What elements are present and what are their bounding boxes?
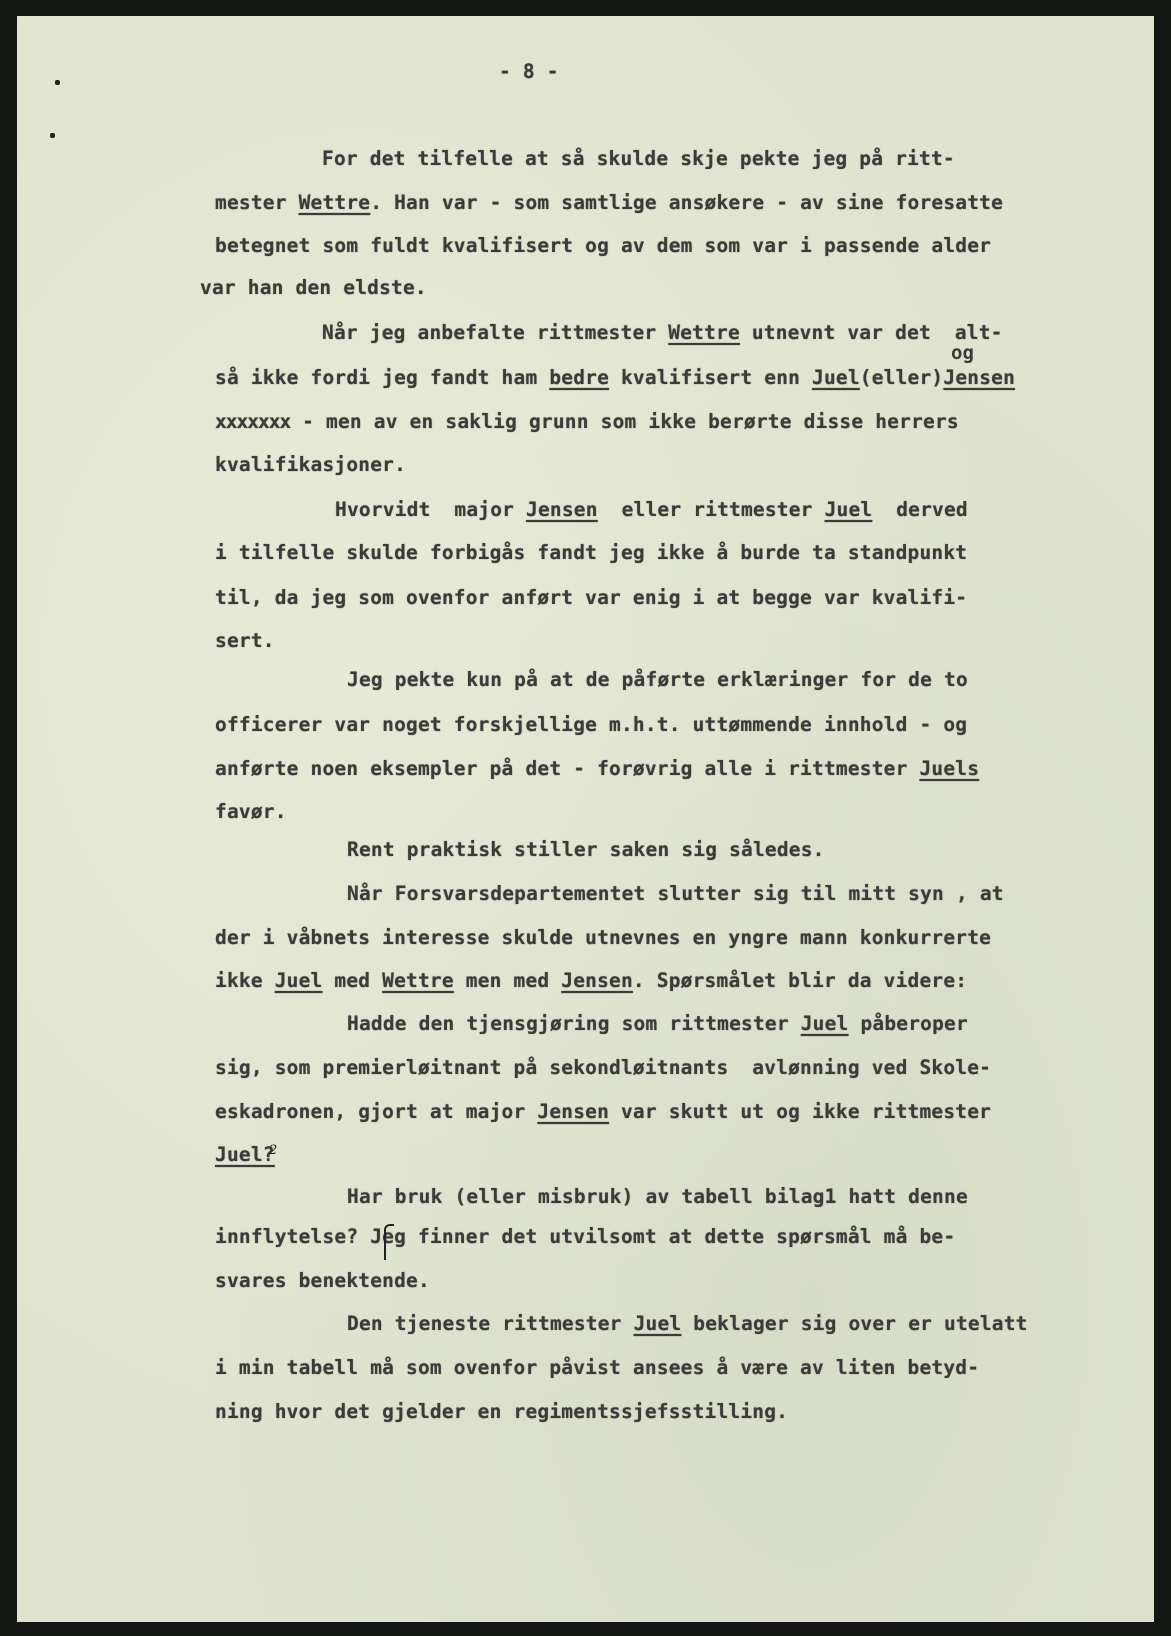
text-segment: - men av en saklig grunn som ikke berørt… [290, 410, 959, 433]
text-line: Hvorvidt major Jensen eller rittmester J… [335, 498, 968, 521]
text-line: Rent praktisk stiller saken sig således. [347, 838, 825, 861]
text-segment: var han den eldste. [200, 276, 427, 299]
text-line: eskadronen, gjort at major Jensen var sk… [215, 1100, 991, 1123]
text-line: officerer var noget forskjellige m.h.t. … [215, 713, 967, 736]
text-segment: ning hvor det gjelder en regimentssjefss… [215, 1400, 788, 1423]
text-segment: kvalifisert enn [609, 366, 812, 389]
text-line: så ikke fordi jeg fandt ham bedre kvalif… [215, 366, 1015, 389]
text-segment: For det tilfelle at så skulde skje pekte… [322, 147, 955, 170]
text-line: i min tabell må som ovenfor påvist ansee… [215, 1356, 979, 1379]
underlined-name: Jensen [537, 1100, 609, 1123]
text-line: Den tjeneste rittmester Juel beklager si… [347, 1312, 1028, 1335]
text-line: sert. [215, 629, 275, 652]
text-segment: der i våbnets interesse skulde utnevnes … [215, 926, 991, 949]
text-segment: sert. [215, 629, 275, 652]
text-segment: Jeg pekte kun på at de påførte erklæring… [347, 668, 968, 691]
text-segment: . Spørsmålet blir da videre: [633, 969, 967, 992]
text-segment: til, da jeg som ovenfor anført var enig … [215, 586, 967, 609]
text-line: der i våbnets interesse skulde utnevnes … [215, 926, 991, 949]
underlined-name: Juel [825, 498, 873, 521]
underlined-name: Jensen [561, 969, 633, 992]
underlined-name: Jensen [943, 366, 1015, 389]
underlined-name: Juel? [215, 1143, 275, 1166]
text-line: favør. [215, 800, 287, 823]
underlined-name: Wettre [668, 321, 740, 344]
text-line: Juel? [215, 1143, 275, 1166]
text-segment: kvalifikasjoner. [215, 453, 406, 476]
text-segment: utnevnt var det alt- [740, 321, 1003, 344]
underlined-name: Juel [801, 1012, 849, 1035]
text-line: var han den eldste. [200, 276, 427, 299]
text-line: Når jeg anbefalte rittmester Wettre utne… [322, 321, 1003, 344]
underlined-name: Juel [275, 969, 323, 992]
text-segment: favør. [215, 800, 287, 823]
text-segment: (eller) [860, 366, 944, 389]
text-line: ning hvor det gjelder en regimentssjefss… [215, 1400, 788, 1423]
margin-mark [55, 80, 60, 85]
underlined-name: Jensen [526, 498, 598, 521]
text-line: betegnet som fuldt kvalifisert og av dem… [215, 234, 991, 257]
text-segment: eskadronen, gjort at major [215, 1100, 537, 1123]
text-line: Jeg pekte kun på at de påførte erklæring… [347, 668, 968, 691]
text-segment: i min tabell må som ovenfor påvist ansee… [215, 1356, 979, 1379]
text-segment: Den tjeneste rittmester [347, 1312, 634, 1335]
text-line: svares benektende. [215, 1269, 430, 1292]
text-segment: eller rittmester [598, 498, 825, 521]
text-segment: Har bruk (eller misbruk) av tabell bilag… [347, 1185, 968, 1208]
text-segment: sig, som premierløitnant på sekondløitna… [215, 1056, 991, 1079]
underlined-name: Juels [919, 757, 979, 780]
document-page: - 8 - For det tilfelle at så skulde skje… [17, 16, 1154, 1622]
text-segment: derved [872, 498, 968, 521]
text-line: sig, som premierløitnant på sekondløitna… [215, 1056, 991, 1079]
text-line: mester Wettre. Han var - som samtlige an… [215, 191, 1003, 214]
text-line: For det tilfelle at så skulde skje pekte… [322, 147, 955, 170]
text-segment: i tilfelle skulde forbigås fandt jeg ikk… [215, 541, 967, 564]
text-segment: innflytelse? Jeg finner det utvilsomt at… [215, 1225, 955, 1248]
text-segment: var skutt ut og ikke rittmester [609, 1100, 991, 1123]
text-line: innflytelse? Jeg finner det utvilsomt at… [215, 1225, 955, 1248]
text-segment: så ikke fordi jeg fandt ham [215, 366, 549, 389]
text-segment: beklager sig over er utelatt [681, 1312, 1027, 1335]
underlined-name: bedre [549, 366, 609, 389]
text-line: til, da jeg som ovenfor anført var enig … [215, 586, 967, 609]
insertion-bracket [384, 1224, 394, 1260]
text-segment: påberoper [849, 1012, 968, 1035]
text-segment: Rent praktisk stiller saken sig således. [347, 838, 825, 861]
text-line: xxxxxxx - men av en saklig grunn som ikk… [215, 410, 959, 433]
text-segment: Hadde den tjensgjøring som rittmester [347, 1012, 801, 1035]
og-insertion: og [951, 342, 974, 364]
text-line: Hadde den tjensgjøring som rittmester Ju… [347, 1012, 968, 1035]
handwritten-superscript: 2 [269, 1143, 277, 1158]
text-segment: Når jeg anbefalte rittmester [322, 321, 668, 344]
text-line: i tilfelle skulde forbigås fandt jeg ikk… [215, 541, 967, 564]
text-segment: svares benektende. [215, 1269, 430, 1292]
text-line: kvalifikasjoner. [215, 453, 406, 476]
text-segment: men med [454, 969, 561, 992]
text-segment: ikke [215, 969, 275, 992]
text-segment: mester [215, 191, 299, 214]
underlined-name: Wettre [382, 969, 454, 992]
text-line: Har bruk (eller misbruk) av tabell bilag… [347, 1185, 968, 1208]
underlined-name: Wettre [299, 191, 371, 214]
text-segment: anførte noen eksempler på det - forøvrig… [215, 757, 919, 780]
text-segment: Hvorvidt major [335, 498, 526, 521]
text-segment: officerer var noget forskjellige m.h.t. … [215, 713, 967, 736]
text-line: anførte noen eksempler på det - forøvrig… [215, 757, 979, 780]
underlined-name: Juel [634, 1312, 682, 1335]
margin-mark [50, 133, 55, 138]
text-line: Når Forsvarsdepartementet slutter sig ti… [347, 882, 1004, 905]
text-segment: . Han var - som samtlige ansøkere - av s… [370, 191, 1003, 214]
text-segment: betegnet som fuldt kvalifisert og av dem… [215, 234, 991, 257]
underlined-name: Juel [812, 366, 860, 389]
text-segment: med [322, 969, 382, 992]
struck-out-text: xxxxxxx [215, 410, 290, 433]
text-segment: Når Forsvarsdepartementet slutter sig ti… [347, 882, 1004, 905]
text-line: ikke Juel med Wettre men med Jensen. Spø… [215, 969, 967, 992]
page-number: - 8 - [499, 60, 559, 83]
